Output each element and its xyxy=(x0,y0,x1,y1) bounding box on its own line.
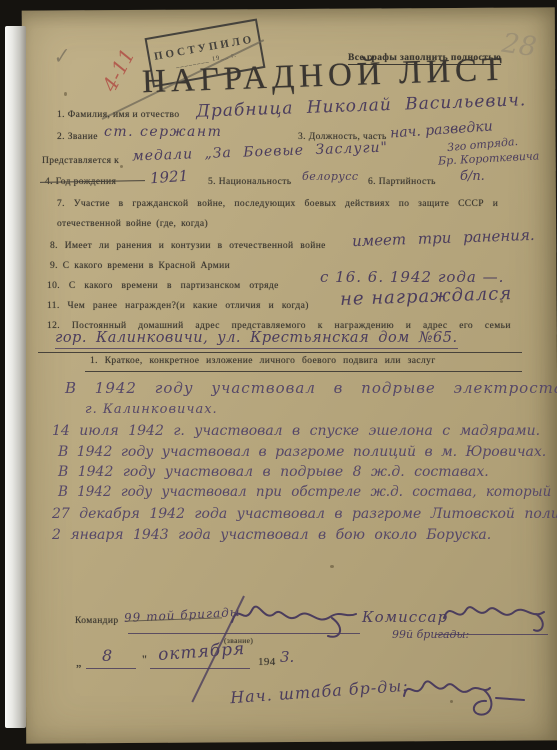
document-scan: { "colors": { "paper": "#b5a67d", "ink":… xyxy=(0,0,557,750)
field12-value: гор. Калинковичи, ул. Крестьянская дом №… xyxy=(55,330,458,349)
date-day: 8 xyxy=(102,646,112,665)
field10-label: 10. С какого времени в партизанском отря… xyxy=(47,281,279,291)
field2-label: 2. Звание xyxy=(57,132,98,142)
paper-speck xyxy=(330,565,334,568)
date-open-quote: „ xyxy=(76,655,82,670)
commissar-signature-line xyxy=(436,634,548,635)
field9-label: 9. С какого времени в Красной Армии xyxy=(50,261,230,271)
paper-speck xyxy=(64,92,67,96)
field4-value: 1921 xyxy=(149,167,188,188)
date-year-suffix: 3. xyxy=(280,648,294,666)
feat-line: В 1942 году участвовал в подрыве электро… xyxy=(65,379,557,397)
feat-line: 2 января 1943 года участвовал в бою окол… xyxy=(52,527,491,543)
field7-label-1: 7. Участие в гражданской войне, последую… xyxy=(57,199,498,209)
section-rule-bottom xyxy=(85,371,522,372)
field6-label: 6. Партийность xyxy=(368,177,436,187)
paper-speck xyxy=(120,165,123,168)
field5-label: 5. Национальность xyxy=(208,177,292,187)
chief-signature xyxy=(398,668,528,723)
section-rule-top xyxy=(38,352,522,353)
feat-line: 14 июля 1942 г. участвовал в спуске эшел… xyxy=(52,423,540,439)
commander-signature xyxy=(228,592,368,642)
feat-line: В 1942 году участвовал в подрыве 8 ж.д. … xyxy=(58,464,489,480)
commander-label: Командир xyxy=(75,616,119,626)
date-year-printed: 194 xyxy=(258,656,276,668)
date-month-line xyxy=(150,668,250,669)
field7-label-2: отечественной войне (где, когда) xyxy=(57,219,208,229)
field8-label: 8. Имеет ли ранения и контузии в отечест… xyxy=(50,241,326,251)
date-close-quote: " xyxy=(142,652,147,667)
field11-label: 11. Чем ранее награжден?(и какие отличия… xyxy=(47,301,309,311)
binding-edge xyxy=(5,26,26,728)
field2-value: ст. сержант xyxy=(104,124,222,140)
feat-line: 27 декабря 1942 года участвовал в разгро… xyxy=(52,506,557,522)
field5-value: белорусс xyxy=(302,170,359,183)
commissar-label: Комиссар xyxy=(362,608,448,626)
date-day-line xyxy=(86,668,136,669)
feat-line: В 1942 году участвовал при обстреле ж.д.… xyxy=(58,484,557,500)
commander-signature-line xyxy=(128,633,360,634)
feats-section-title: 1. Краткое, конкретное изложение личного… xyxy=(90,356,436,366)
feat-line: В 1942 году участвовал в разгроме полици… xyxy=(58,444,546,460)
feat-line: г. Калинковичах. xyxy=(85,402,218,417)
field6-value: б/п. xyxy=(460,169,485,184)
presented-label: Представляется к xyxy=(42,156,119,166)
field1-label: 1. Фамилия, имя и отчество xyxy=(57,110,180,120)
